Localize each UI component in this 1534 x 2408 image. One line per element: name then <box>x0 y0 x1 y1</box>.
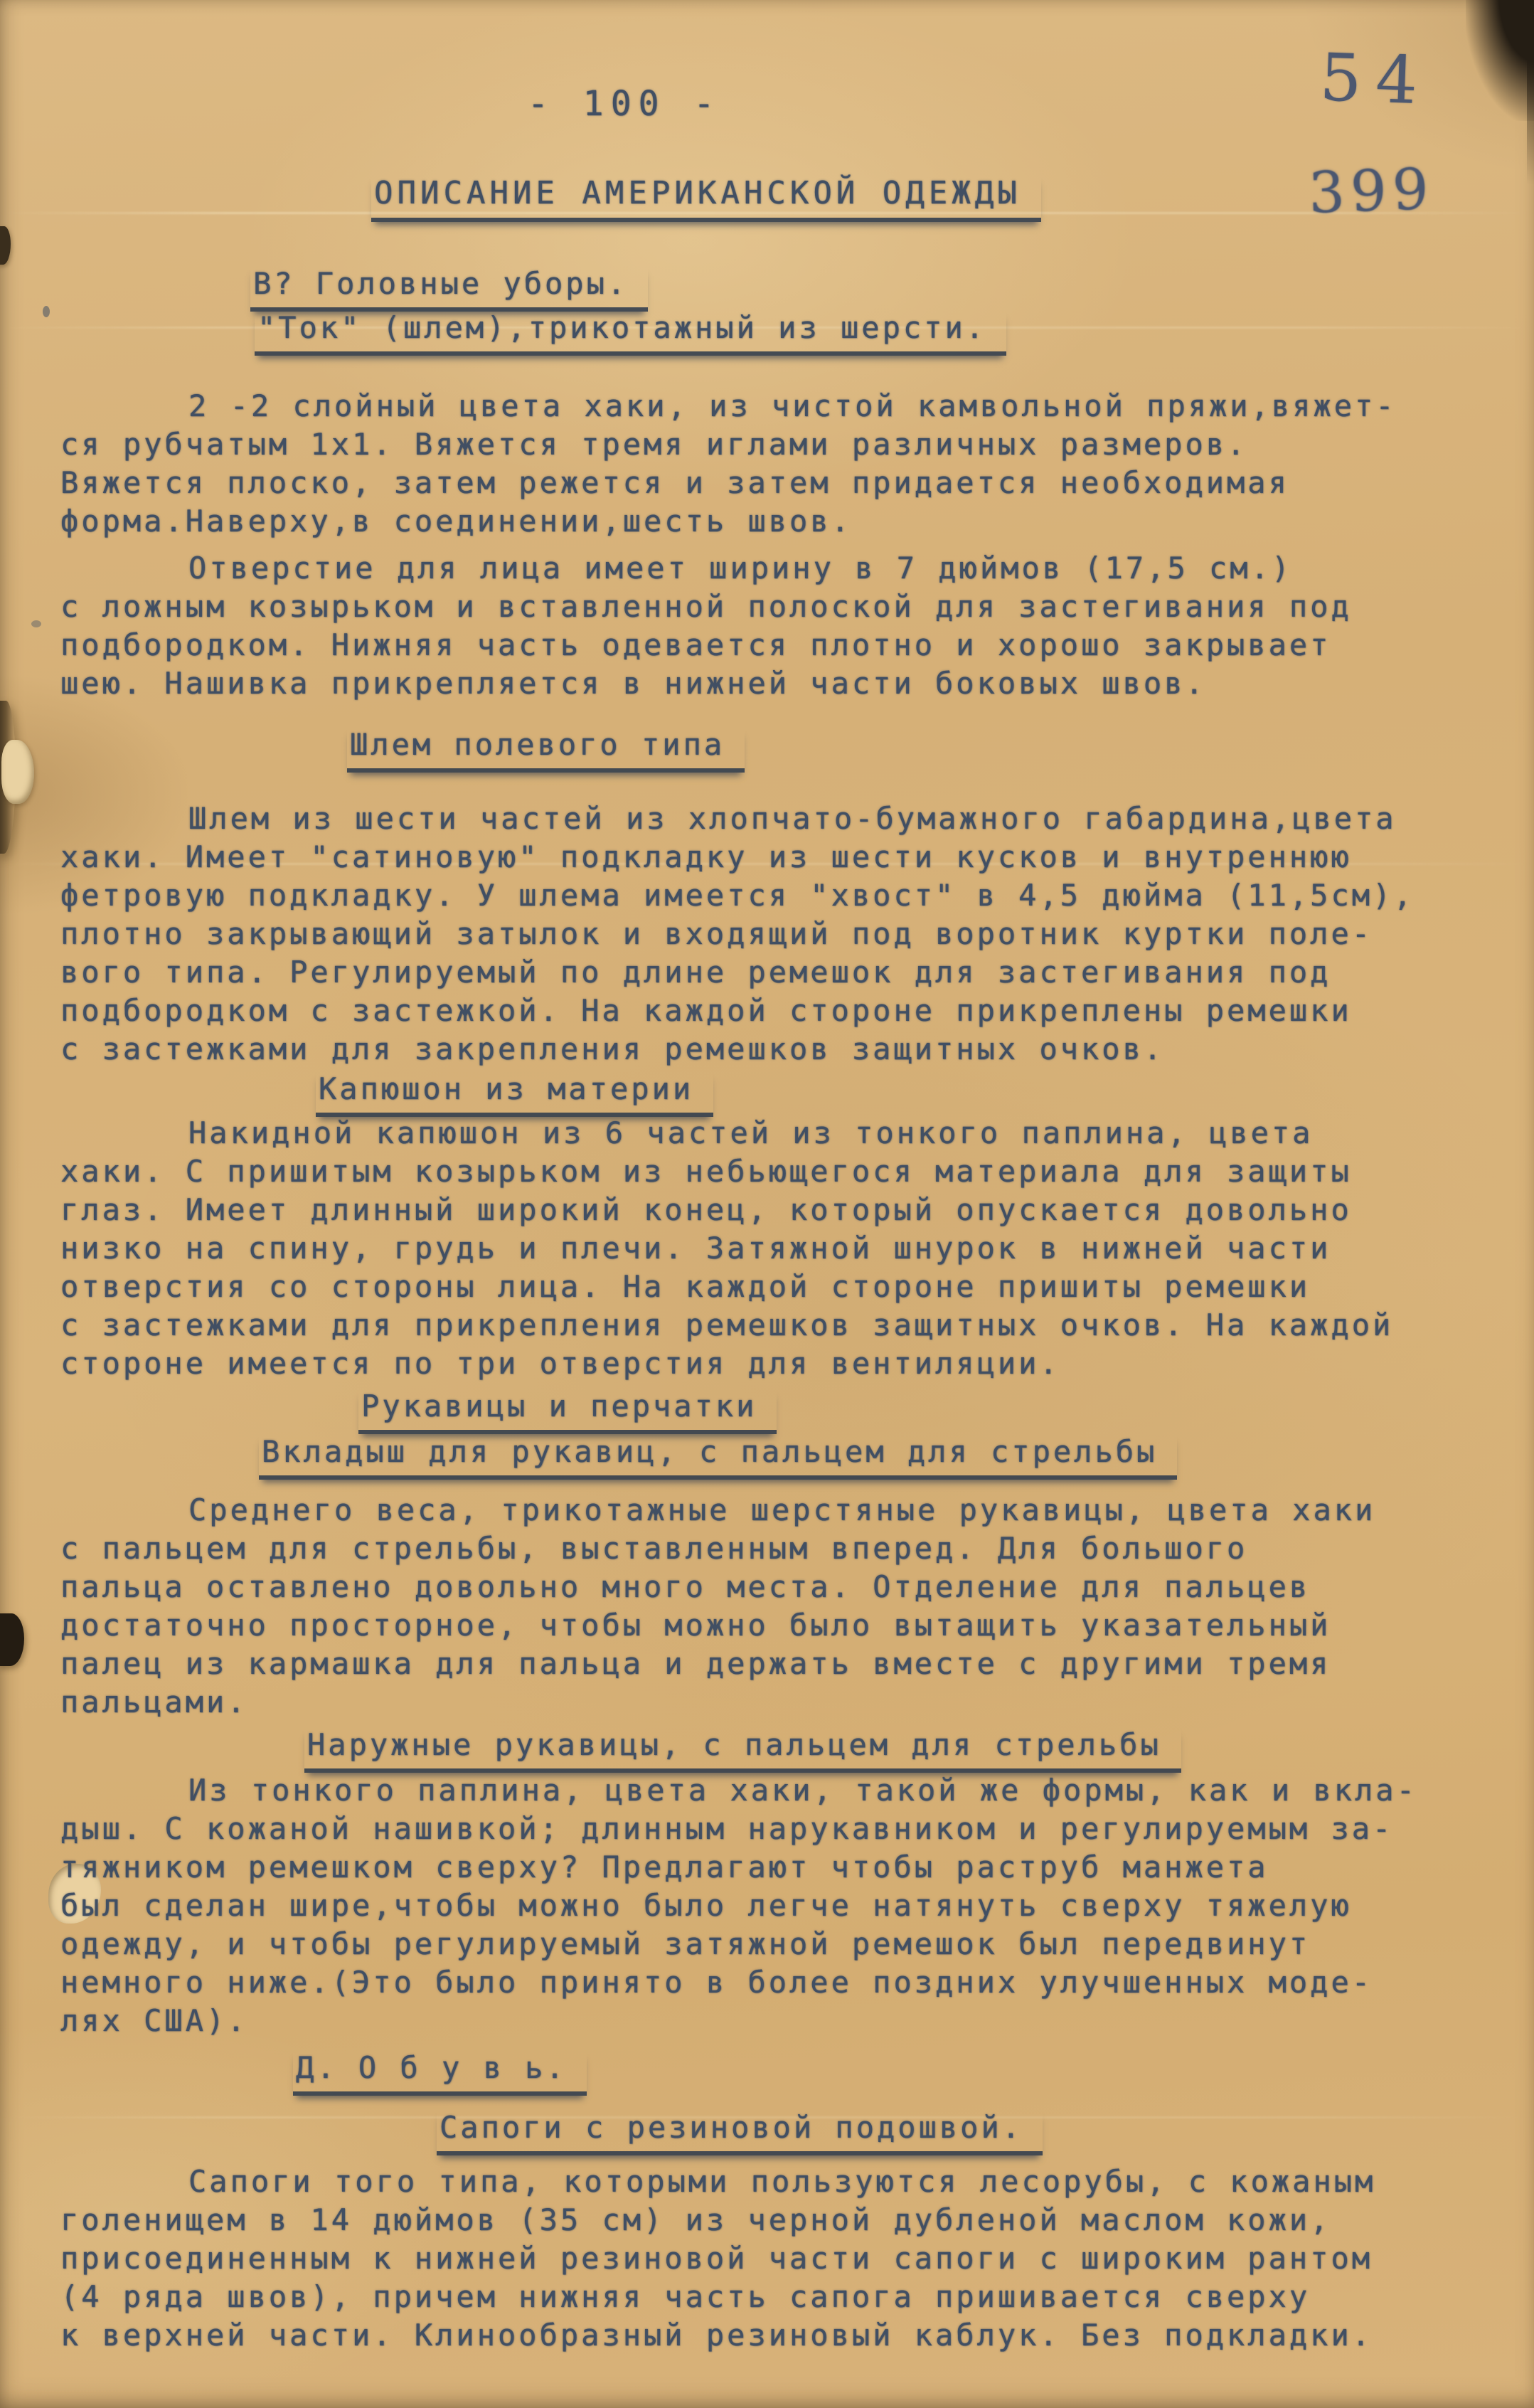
section-heading-text: Наружные рукавицы, с пальцем для стрельб… <box>304 1727 1181 1773</box>
typed-line: палец из кармашка для пальца и держать в… <box>60 1645 1454 1683</box>
section-heading-h_footwear: Д. О б у в ь. <box>293 2050 587 2085</box>
typed-line: с застежками для прикрепления ремешков з… <box>60 1306 1454 1344</box>
typed-line: вого типа. Регулируемый по длине ремешок… <box>60 953 1454 992</box>
paragraph-p1: 2 -2 слойный цвета хаки, из чистой камво… <box>60 387 1454 541</box>
typed-line: 2 -2 слойный цвета хаки, из чистой камво… <box>60 387 1454 425</box>
section-heading-h_hood: Капюшон из материи <box>316 1071 713 1106</box>
typed-line: с застежками для закрепления ремешков за… <box>60 1030 1454 1068</box>
typed-line: с пальцем для стрельбы, выставленным впе… <box>60 1529 1454 1568</box>
typed-line: достаточно просторное, чтобы можно было … <box>60 1606 1454 1645</box>
section-heading-text: Вкладыш для рукавиц, с пальцем для стрел… <box>259 1434 1177 1480</box>
section-heading-h_field_helmet: Шлем полевого типа <box>347 727 745 762</box>
typed-line: лях США). <box>60 2002 1454 2040</box>
section-heading-h_outer: Наружные рукавицы, с пальцем для стрельб… <box>304 1727 1181 1762</box>
document-content: В? Головные уборы."Ток" (шлем),трикотажн… <box>0 0 1534 2408</box>
typed-line: к верхней части. Клинообразный резиновый… <box>60 2316 1454 2355</box>
typed-line: одежду, и чтобы регулируемый затяжной ре… <box>60 1925 1454 1963</box>
typed-line: Отверстие для лица имеет ширину в 7 дюйм… <box>60 549 1454 588</box>
typed-line: ся рубчатым 1х1. Вяжется тремя иглами ра… <box>60 425 1454 464</box>
typed-line: Накидной капюшон из 6 частей из тонкого … <box>60 1114 1454 1152</box>
typed-line: подбородком. Нижняя часть одевается плот… <box>60 626 1454 664</box>
typed-line: Вяжется плоско, затем режется и затем пр… <box>60 464 1454 502</box>
section-heading-h_insert: Вкладыш для рукавиц, с пальцем для стрел… <box>259 1434 1177 1469</box>
section-heading-text: "Ток" (шлем),трикотажный из шерсти. <box>255 310 1006 356</box>
typed-line: форма.Наверху,в соединении,шесть швов. <box>60 502 1454 541</box>
typed-line: подбородком с застежкой. На каждой сторо… <box>60 992 1454 1030</box>
typed-line: присоединенным к нижней резиновой части … <box>60 2239 1454 2278</box>
typed-line: Среднего веса, трикотажные шерстяные рук… <box>60 1491 1454 1529</box>
section-heading-text: Д. О б у в ь. <box>293 2050 587 2096</box>
typed-line: немного ниже.(Это было принято в более п… <box>60 1963 1454 2002</box>
typed-line: хаки. Имеет "сатиновую" подкладку из шес… <box>60 838 1454 876</box>
section-heading-text: В? Головные уборы. <box>250 266 648 312</box>
typed-line: стороне имеется по три отверстия для вен… <box>60 1344 1454 1383</box>
typed-line: был сделан шире,чтобы можно было легче н… <box>60 1887 1454 1925</box>
paragraph-p5: Среднего веса, трикотажные шерстяные рук… <box>60 1491 1454 1722</box>
paragraph-p7: Сапоги того типа, которыми пользуются ле… <box>60 2163 1454 2355</box>
typed-line: с ложным козырьком и вставленной полоско… <box>60 588 1454 626</box>
typed-line: дыш. С кожаной нашивкой; длинным нарукав… <box>60 1810 1454 1848</box>
section-heading-text: Шлем полевого типа <box>347 727 745 773</box>
typed-line: пальца оставлено довольно много места. О… <box>60 1568 1454 1606</box>
typed-line: Из тонкого паплина, цвета хаки, такой же… <box>60 1771 1454 1810</box>
section-heading-text: Капюшон из материи <box>316 1071 713 1117</box>
section-heading-toque: "Ток" (шлем),трикотажный из шерсти. <box>255 310 1006 345</box>
section-heading-text: Рукавицы и перчатки <box>358 1389 777 1434</box>
typed-line: Сапоги того типа, которыми пользуются ле… <box>60 2163 1454 2201</box>
typed-line: (4 ряда швов), причем нижняя часть сапог… <box>60 2278 1454 2316</box>
typed-line: пальцами. <box>60 1683 1454 1722</box>
typed-line: шею. Нашивка прикрепляется в нижней част… <box>60 664 1454 703</box>
typed-line: фетровую подкладку. У шлема имеется "хво… <box>60 876 1454 915</box>
paragraph-p2: Отверстие для лица имеет ширину в 7 дюйм… <box>60 549 1454 703</box>
typed-line: отверстия со стороны лица. На каждой сто… <box>60 1268 1454 1306</box>
section-heading-headgear: В? Головные уборы. <box>250 266 648 301</box>
paragraph-p6: Из тонкого паплина, цвета хаки, такой же… <box>60 1771 1454 2040</box>
section-heading-h_mittens: Рукавицы и перчатки <box>358 1389 777 1423</box>
section-heading-text: Сапоги с резиновой подошвой. <box>437 2110 1043 2155</box>
typed-line: хаки. С пришитым козырьком из небьющегос… <box>60 1152 1454 1191</box>
typed-line: глаз. Имеет длинный широкий конец, котор… <box>60 1191 1454 1229</box>
paragraph-p4: Накидной капюшон из 6 частей из тонкого … <box>60 1114 1454 1383</box>
typed-line: тяжником ремешком сверху? Предлагают что… <box>60 1848 1454 1887</box>
typed-line: голенищем в 14 дюймов (35 см) из черной … <box>60 2201 1454 2239</box>
typed-line: Шлем из шести частей из хлопчато-бумажно… <box>60 800 1454 838</box>
section-heading-h_boots: Сапоги с резиновой подошвой. <box>437 2110 1043 2145</box>
typed-line: низко на спину, грудь и плечи. Затяжной … <box>60 1229 1454 1268</box>
typed-line: плотно закрывающий затылок и входящий по… <box>60 915 1454 953</box>
paragraph-p3: Шлем из шести частей из хлопчато-бумажно… <box>60 800 1454 1068</box>
scanned-document-page: - 100 - 54 399 ОПИСАНИЕ АМЕРИКАНСКОЙ ОДЕ… <box>0 0 1534 2408</box>
